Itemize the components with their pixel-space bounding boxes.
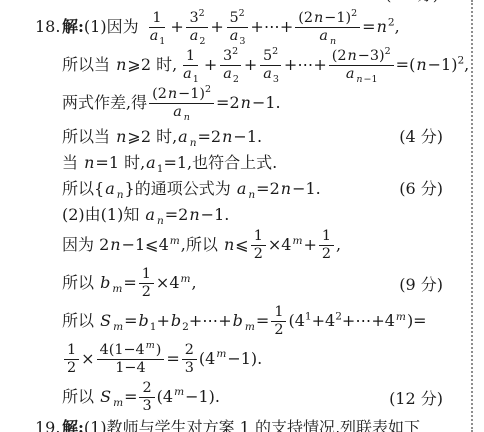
fraction: 4(1−4m)1−4 [97, 342, 165, 377]
fraction: 12 [64, 342, 79, 377]
solution-line: 所以当 n⩾2 时,1a1+32a2+52a3+⋯+(2n−3)2an−1=(n… [62, 48, 443, 83]
solution-line: 所以{an}的通项公式为 an=2n−1.(6 分) [62, 176, 443, 199]
fraction: 52a3 [259, 48, 282, 83]
next-problem-clipped-line: 19.解:(1)教师与学生对方案 1 的支持情况,列联表如下 [35, 418, 472, 432]
fraction: 52a3 [226, 10, 249, 45]
fraction: 12 [139, 266, 154, 301]
solution-line: 所以当 n⩾2 时,an=2n−1.(4 分) [62, 124, 443, 147]
solution-line: (2)由(1)知 an=2n−1. [62, 202, 443, 225]
solution-line: 所以 Sm=b1+b2+⋯+bm=12(41+42+⋯+4m)= [62, 304, 443, 339]
score-mark: (12 分) [381, 386, 443, 409]
next-problem-text: (1)教师与学生对方案 1 的支持情况,列联表如下 [84, 418, 420, 432]
solution-line: 18.解:(1)因为 1a1+32a2+52a3+⋯+(2n−1)2an=n2, [35, 10, 443, 45]
fraction: 1a1 [146, 10, 169, 45]
solution-line: 当 n=1 时,a1=1,也符合上式. [62, 150, 443, 173]
fraction: (2n−1)2an [295, 10, 360, 45]
fraction: 12 [271, 304, 286, 339]
previous-line-text: …………………… [88, 0, 216, 5]
fraction: 1a1 [179, 48, 202, 83]
score-mark: (4 分) [391, 124, 443, 147]
column-divider-dotted-line [471, 0, 473, 432]
solution-line: 因为 2n−1⩽4m,所以 n⩽12×4m+12, [62, 228, 443, 263]
problem-number: 18. [35, 17, 62, 36]
previous-line-score: (10 分) [385, 0, 439, 5]
fraction: (2n−3)2an−1 [329, 48, 394, 83]
solve-label: 解: [62, 17, 84, 36]
solve-label: 解: [62, 418, 84, 432]
fraction: 23 [139, 380, 154, 415]
solution-line: 12×4(1−4m)1−4=23(4m−1). [62, 342, 443, 377]
printed-solution-page: …………………… (10 分) 18.解:(1)因为 1a1+32a2+52a3… [0, 0, 484, 432]
fraction: 12 [251, 228, 266, 263]
solution-line: 所以 Sm=23(4m−1).(12 分) [62, 380, 443, 415]
next-problem-line: 19.解:(1)教师与学生对方案 1 的支持情况,列联表如下 [35, 418, 472, 432]
score-mark: (9 分) [391, 272, 443, 295]
score-mark: (6 分) [391, 176, 443, 199]
solution-line: 所以 bm=12×4m,(9 分) [62, 266, 443, 301]
fraction: 32a2 [186, 10, 209, 45]
fraction: (2n−1)2an [149, 86, 214, 121]
previous-line-fragment: …………………… (10 分) [88, 0, 439, 5]
problem-18-solution: 18.解:(1)因为 1a1+32a2+52a3+⋯+(2n−1)2an=n2,… [62, 7, 443, 418]
problem-number: 19. [35, 418, 62, 432]
fraction: 12 [319, 228, 334, 263]
fraction: 32a2 [219, 48, 242, 83]
previous-line: …………………… (10 分) [88, 0, 439, 5]
solution-line: 两式作差,得(2n−1)2an=2n−1. [62, 86, 443, 121]
fraction: 23 [182, 342, 197, 377]
